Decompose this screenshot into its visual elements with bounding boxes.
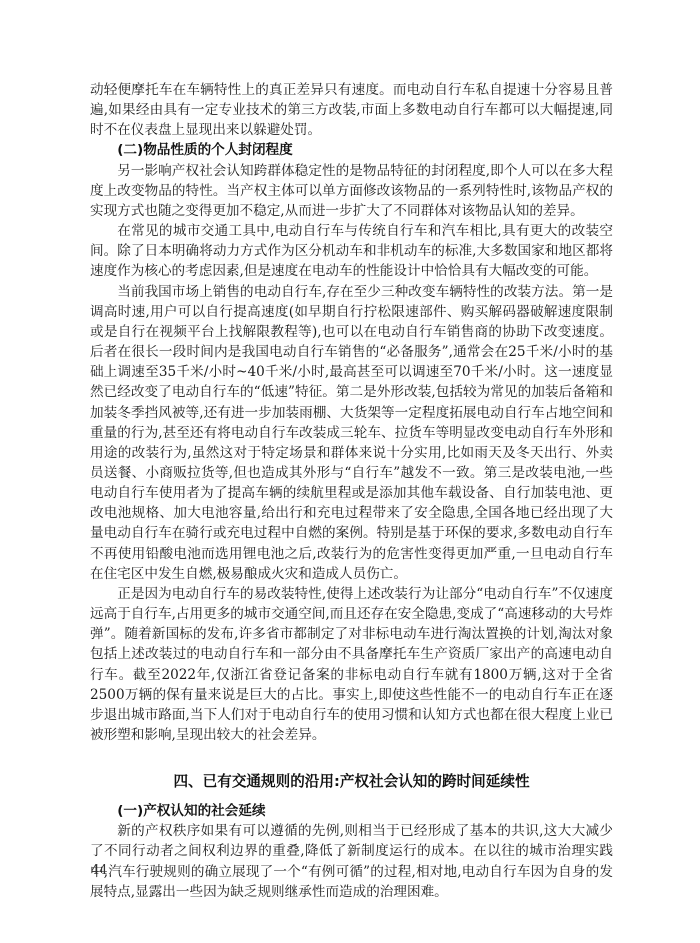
paragraph-social-continuity: 新的产权秩序如果有可以遵循的先例,则相当于已经形成了基本的共识,这大大减少了不同…	[90, 821, 613, 902]
paragraph-closure-intro: 另一影响产权社会认知跨群体稳定性的是物品特征的封闭程度,即个人可以在多大程度上改…	[90, 161, 613, 221]
section-heading: 四、已有交通规则的沿用:产权社会认知的跨时间延续性	[90, 771, 613, 793]
subheading-item-closure: (二)物品性质的个人封闭程度	[90, 140, 613, 160]
paragraph-transport-tools: 在常见的城市交通工具中,电动自行车与传统自行车和汽车相比,具有更大的改装空间。除…	[90, 221, 613, 281]
page-content: 动轻便摩托车在车辆特性上的真正差异只有速度。而电动自行车私自提速十分容易且普遍,…	[90, 80, 613, 902]
document-page: 动轻便摩托车在车辆特性上的真正差异只有速度。而电动自行车私自提速十分容易且普遍,…	[0, 0, 700, 943]
paragraph-continuation: 动轻便摩托车在车辆特性上的真正差异只有速度。而电动自行车私自提速十分容易且普遍,…	[90, 80, 613, 140]
paragraph-modification-methods: 当前我国市场上销售的电动自行车,存在至少三种改变车辆特性的改装方法。第一是调高时…	[90, 282, 613, 584]
subheading-social-continuity: (一)产权认知的社会延续	[90, 801, 613, 821]
paragraph-consequences: 正是因为电动自行车的易改装特性,使得上述改装行为让部分“电动自行车”不仅速度远高…	[90, 584, 613, 745]
page-number: 44	[91, 863, 108, 878]
